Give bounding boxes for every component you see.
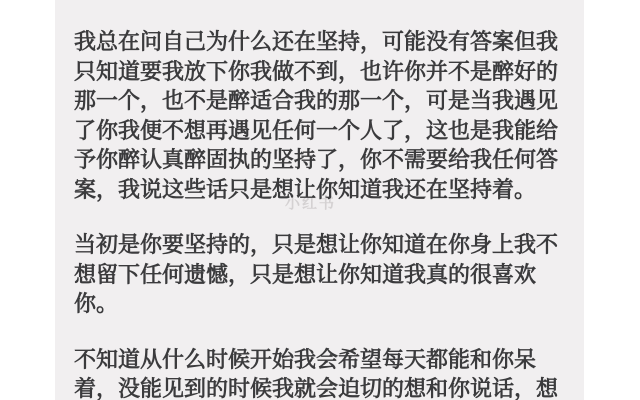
text-line: 案，我说这些话只是想让你知道我还在坚持着。 <box>74 175 574 205</box>
text-line: 当初是你要坚持的，只是想让你知道在你身上我不 <box>74 230 574 260</box>
text-line: 那一个，也不是醉适合我的那一个，可是当我遇见 <box>74 86 574 116</box>
text-line: 想留下任何遗憾，只是想让你知道我真的很喜欢 <box>74 260 574 290</box>
text-line: 了你我便不想再遇见任何一个人了，这也是我能给 <box>74 116 574 146</box>
text-line: 不知道从什么时候开始我会希望每天都能和你呆 <box>74 345 574 375</box>
text-line: 我总在问自己为什么还在坚持，可能没有答案但我 <box>74 27 574 57</box>
paragraph-1: 我总在问自己为什么还在坚持，可能没有答案但我 只知道要我放下你我做不到，也许你并… <box>74 27 574 204</box>
text-post-screenshot: 小红书 我总在问自己为什么还在坚持，可能没有答案但我 只知道要我放下你我做不到，… <box>0 0 640 400</box>
paragraph-3: 不知道从什么时候开始我会希望每天都能和你呆 着，没能见到的时候我就会迫切的想和你… <box>74 345 574 400</box>
paragraph-2: 当初是你要坚持的，只是想让你知道在你身上我不 想留下任何遗憾，只是想让你知道我真… <box>74 230 574 319</box>
text-image-panel: 小红书 我总在问自己为什么还在坚持，可能没有答案但我 只知道要我放下你我做不到，… <box>55 0 584 400</box>
text-line: 着，没能见到的时候我就会迫切的想和你说话，想 <box>74 374 574 400</box>
text-line: 只知道要我放下你我做不到，也许你并不是醉好的 <box>74 57 574 87</box>
text-line: 予你醉认真醉固执的坚持了，你不需要给我任何答 <box>74 145 574 175</box>
text-line: 你。 <box>74 289 574 319</box>
article-text: 我总在问自己为什么还在坚持，可能没有答案但我 只知道要我放下你我做不到，也许你并… <box>74 27 574 400</box>
